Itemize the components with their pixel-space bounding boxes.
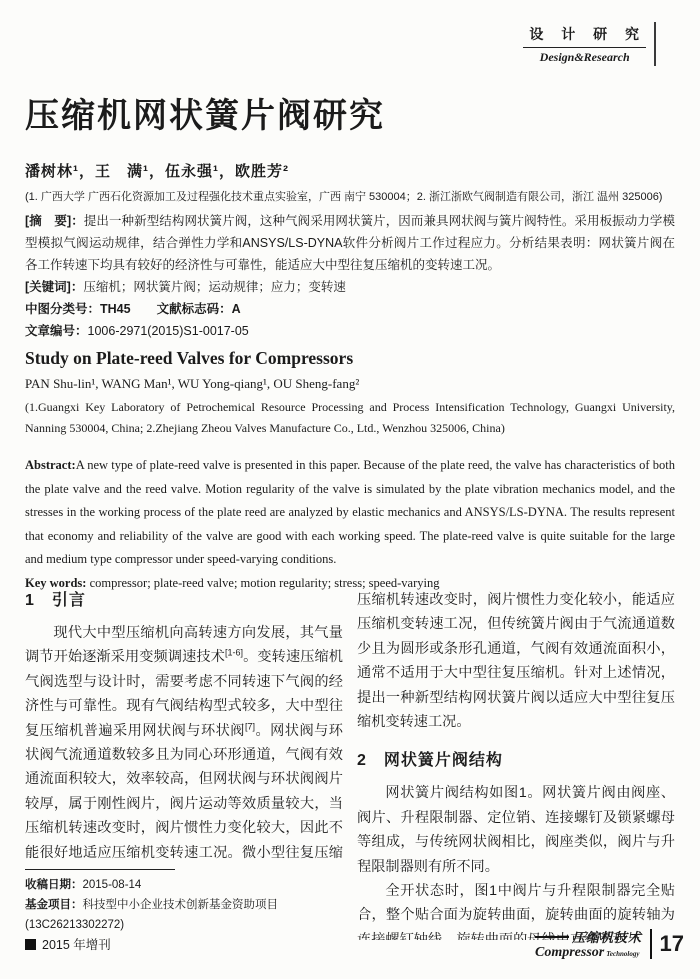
english-title: Study on Plate-reed Valves for Compresso… [25,348,675,369]
keywords-text-cn: 压缩机；网状簧片阀；运动规律；应力；变转速 [83,280,346,294]
english-abstract-label: Abstract: [25,458,76,472]
english-block: Study on Plate-reed Valves for Compresso… [25,348,675,595]
paragraph-2: 压缩机转速改变时，阀片惯性力变化较小，能适应压缩机变转速工况，但传统簧片阀由于气… [357,588,675,734]
logo-dash-icon [535,936,569,938]
journal-logo-top: 压缩机技术 [535,927,642,946]
section-2-heading: 2 网状簧片阀结构 [357,748,675,774]
doc-code-label: 文献标志码： [157,302,232,316]
keywords-label-cn: [关键词]： [25,280,83,294]
journal-name-en: CompressorTechnology [535,946,642,961]
received-date-line: 收稿日期：2015-08-14 [25,875,360,895]
clc-label: 中图分类号： [25,302,100,316]
english-authors: PAN Shu-lin¹, WANG Man¹, WU Yong-qiang¹,… [25,376,675,392]
journal-logo-text: 压缩机技术 CompressorTechnology [535,927,642,961]
chinese-meta-block: [摘 要]：提出一种新型结构网状簧片阀，这种气阀采用网状簧片，因而兼具网状阀与簧… [25,210,675,342]
page-number: 17 [660,931,684,957]
header-divider-bar [654,22,656,66]
logo-divider-bar [650,929,652,959]
fund-label: 基金项目： [25,899,83,911]
footnote-rule [25,869,175,870]
right-column: 压缩机转速改变时，阀片惯性力变化较小，能适应压缩机变转速工况，但传统簧片阀由于气… [357,588,675,940]
citation-ref-2: [7] [245,721,255,731]
paragraph-3: 网状簧片阀结构如图1。网状簧片阀由阀座、阀片、升程限制器、定位销、连接螺钉及锁紧… [357,781,675,879]
left-column: 1 引言 现代大中型压缩机向高转速方向发展，其气量调节开始逐渐采用变频调速技术[… [25,588,343,864]
section-title-en: Design&Research [523,50,646,65]
journal-name-en-main: Compressor [535,945,604,960]
paragraph-1: 现代大中型压缩机向高转速方向发展，其气量调节开始逐渐采用变频调速技术[1-6]。… [25,621,343,864]
footnote-block: 收稿日期：2015-08-14 基金项目：科技型中小企业技术创新基金资助项目(1… [25,864,360,935]
citation-ref-1: [1-6] [225,648,243,658]
english-abstract-text: A new type of plate-reed valve is presen… [25,458,675,566]
english-affiliation: (1.Guangxi Key Laboratory of Petrochemic… [25,397,675,439]
abstract-text-cn: 提出一种新型结构网状簧片阀，这种气阀采用网状簧片，因而兼具网状阀与簧片阀特性。采… [25,214,675,272]
clc-line: 中图分类号：TH45文献标志码：A [25,298,675,320]
journal-name-cn: 压缩机技术 [572,927,642,946]
section-1-heading: 1 引言 [25,588,343,614]
keywords-cn: [关键词]：压缩机；网状簧片阀；运动规律；应力；变转速 [25,276,675,298]
journal-name-en-sub: Technology [606,950,639,958]
clc-number: TH45 [100,302,131,316]
article-number-line: 文章编号：1006-2971(2015)S1-0017-05 [25,320,675,342]
section-title-cn: 设 计 研 究 [523,24,646,48]
doc-code: A [232,302,241,316]
abstract-label-cn: [摘 要]： [25,214,84,228]
received-date-label: 收稿日期： [25,879,83,891]
square-bullet-icon [25,939,36,950]
article-number-label: 文章编号： [25,324,88,338]
page-header: 设 计 研 究 Design&Research [523,24,646,65]
affiliation-cn: (1. 广西大学 广西石化资源加工及过程强化技术重点实验室，广西 南宁 5300… [25,188,675,204]
received-date: 2015-08-14 [83,879,142,891]
paragraph-1-text: 。网状阀与环状阀气流通道数较多且为同心环形通道，气阀有效通流面积较大，效率较高，… [25,723,343,864]
article-title: 压缩机网状簧片阀研究 [25,88,385,137]
english-abstract: Abstract:A new type of plate-reed valve … [25,454,675,572]
article-number: 1006-2971(2015)S1-0017-05 [88,324,249,338]
abstract-cn: [摘 要]：提出一种新型结构网状簧片阀，这种气阀采用网状簧片，因而兼具网状阀与簧… [25,210,675,276]
issue-text: 2015 年增刊 [42,935,111,953]
authors-cn: 潘树林¹，王 满¹，伍永强¹，欧胜芳² [25,160,289,181]
issue-info: 2015 年增刊 [25,935,111,953]
page-footer: 2015 年增刊 压缩机技术 CompressorTechnology 17 [25,927,684,961]
journal-logo: 压缩机技术 CompressorTechnology 17 [535,927,684,961]
journal-page: 设 计 研 究 Design&Research 压缩机网状簧片阀研究 潘树林¹，… [0,0,700,979]
